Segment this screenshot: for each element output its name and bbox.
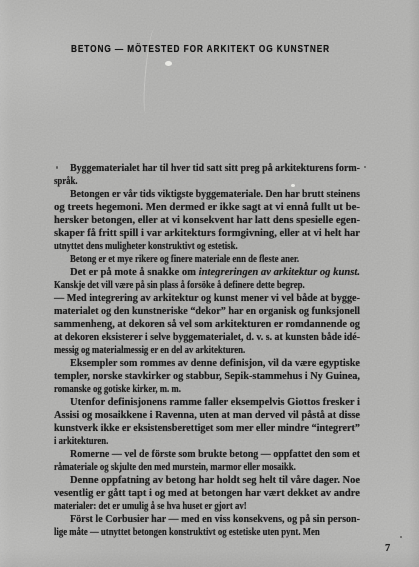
text-line: materialer: det er umulig å se hva huset… [54, 500, 360, 513]
text-line-content: materialet og den kunstneriske “dekor” h… [54, 305, 360, 318]
scan-speck [400, 536, 402, 538]
text-line-content: materialer: det er umulig å se hva huset… [54, 500, 247, 513]
scratch-mark [142, 28, 159, 115]
text-line: materialet og den kunstneriske “dekor” h… [54, 305, 360, 318]
text-line: Eksempler som rommes av denne definisjon… [54, 357, 360, 370]
text-line: i arkitekturen. [54, 435, 360, 448]
text-line-content: språk. [54, 175, 78, 188]
text-line: messig og materialmessig er en del av ar… [54, 344, 360, 357]
text-line-content: sammenheng, at dekoren så vel som arkite… [54, 318, 360, 331]
text-line-content: vesentlig er gått tapt i og med at beton… [54, 487, 360, 500]
text-line-content: Romerne — vel de förste som brukte beton… [70, 448, 360, 461]
text-line-content: Betongen er vår tids viktigste byggemate… [70, 188, 360, 201]
text-line: råmateriale og skjulte den med murstein,… [54, 461, 360, 474]
text-line: Romerne — vel de förste som brukte beton… [54, 448, 360, 461]
text-line-content: og treets hegemoni. Men dermed er ikke s… [54, 201, 360, 214]
text-line: Kanskje det vill være på sin plass å for… [54, 279, 360, 292]
text-line-content: Assisi og mosaikkene i Ravenna, uten at … [54, 409, 360, 422]
text-line: kunstverk ikke er eksistensberettiget so… [54, 422, 360, 435]
text-line: — Med integrering av arkitektur og kunst… [54, 292, 360, 305]
text-line: Byggematerialet har til hver tid satt si… [54, 162, 360, 175]
dust-fleck [165, 61, 172, 66]
text-line: utnyttet dens muligheter konstruktivt og… [54, 240, 360, 253]
scanned-book-page: BETONG — MÖTESTED FOR ARKITEKT OG KUNSTN… [0, 0, 419, 567]
text-line-content: — Med integrering av arkitektur og kunst… [54, 292, 360, 305]
text-line: templer, norske stavkirker og stabbur, S… [54, 370, 360, 383]
article-body: Byggematerialet har til hver tid satt si… [54, 162, 360, 539]
text-line: Betong er et mye rikere og finere materi… [54, 253, 360, 266]
text-line: Utenfor definisjonens ramme faller eksem… [54, 396, 360, 409]
text-line-content: Först le Corbusier har — med en viss kon… [70, 513, 360, 526]
text-line-content: Betong er et mye rikere og finere materi… [70, 253, 299, 266]
text-line-content: at dekoren eksisterer i selve byggemater… [54, 331, 360, 344]
page-number: 7 [385, 543, 390, 554]
text-line: hersker betongen, eller at vi konsekvent… [54, 214, 360, 227]
text-line-content: romanske og gotiske kirker, m. m. [54, 383, 181, 396]
text-line-content: Kanskje det vill være på sin plass å for… [54, 279, 305, 292]
text-line-content: Byggematerialet har til hver tid satt si… [70, 162, 360, 175]
text-line-content: Denne oppfatning av betong har holdt seg… [70, 474, 360, 487]
article-title-text: BETONG — MÖTESTED FOR ARKITEKT OG KUNSTN… [71, 44, 330, 55]
text-line: Betongen er vår tids viktigste byggemate… [54, 188, 360, 201]
text-line-content: hersker betongen, eller at vi konsekvent… [54, 214, 360, 227]
text-line-content: Utenfor definisjonens ramme faller eksem… [70, 396, 360, 409]
text-line: Assisi og mosaikkene i Ravenna, uten at … [54, 409, 360, 422]
text-line-content: skaper få fritt spill i var arkitekturs … [54, 227, 360, 240]
text-line: Först le Corbusier har — med en viss kon… [54, 513, 360, 526]
text-line-content: kunstverk ikke er eksistensberettiget so… [54, 422, 360, 435]
article-title: BETONG — MÖTESTED FOR ARKITEKT OG KUNSTN… [71, 44, 330, 55]
text-line: Det er på mote å snakke om integreringen… [54, 266, 360, 279]
text-line: at dekoren eksisterer i selve byggemater… [54, 331, 360, 344]
text-line-content: i arkitekturen. [54, 435, 108, 448]
text-line: skaper få fritt spill i var arkitekturs … [54, 227, 360, 240]
text-line: lige måte — utnyttet betongen konstrukti… [54, 526, 360, 539]
text-line: Denne oppfatning av betong har holdt seg… [54, 474, 360, 487]
text-line-content: råmateriale og skjulte den med murstein,… [54, 461, 296, 474]
text-line-content: lige måte — utnyttet betongen konstrukti… [54, 526, 320, 539]
text-line: romanske og gotiske kirker, m. m. [54, 383, 360, 396]
text-line-content: Eksempler som rommes av denne definisjon… [70, 357, 360, 370]
text-line-content: messig og materialmessig er en del av ar… [54, 344, 245, 357]
text-line-content: Det er på mote å snakke om integreringen… [70, 266, 360, 279]
text-line: sammenheng, at dekoren så vel som arkite… [54, 318, 360, 331]
text-line: og treets hegemoni. Men dermed er ikke s… [54, 201, 360, 214]
text-line: språk. [54, 175, 360, 188]
text-line-content: templer, norske stavkirker og stabbur, S… [54, 370, 360, 383]
text-line: vesentlig er gått tapt i og med at beton… [54, 487, 360, 500]
text-line-content: utnyttet dens muligheter konstruktivt og… [54, 240, 238, 253]
